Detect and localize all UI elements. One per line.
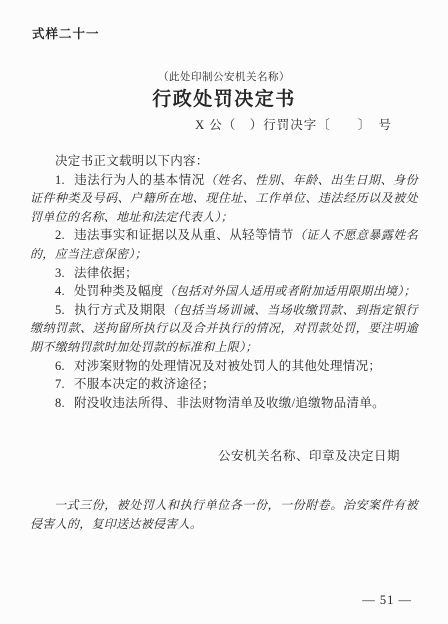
item-4-text: 处罚种类及幅度 bbox=[74, 284, 164, 298]
item-5-text: 执行方式及期限 bbox=[74, 303, 166, 317]
item-4: 4.处罚种类及幅度（包括对外国人适用或者附加适用限期出境）； bbox=[30, 282, 418, 301]
agency-name-placeholder: （此处印制公安机关名称） bbox=[0, 70, 448, 85]
form-style-label: 式样二十一 bbox=[32, 26, 448, 42]
item-2-text: 违法事实和证据以及从重、从轻等情节 bbox=[74, 228, 294, 242]
document-number-line: X 公（ ）行罚决字〔 〕 号 bbox=[0, 117, 448, 133]
item-1-number: 1. bbox=[55, 173, 65, 187]
item-3: 3.法律依据； bbox=[30, 264, 418, 283]
intro-line: 决定书正文载明以下内容： bbox=[30, 152, 418, 171]
item-6: 6.对涉案财物的处理情况及对被处罚人的其他处理情况； bbox=[30, 357, 418, 376]
document-page: 式样二十一 （此处印制公安机关名称） 行政处罚决定书 X 公（ ）行罚决字〔 〕… bbox=[0, 0, 448, 624]
item-2-number: 2. bbox=[55, 228, 65, 242]
item-5-number: 5. bbox=[55, 303, 65, 317]
item-8-number: 8. bbox=[55, 396, 65, 410]
item-1-text: 违法行为人的基本情况 bbox=[74, 173, 205, 187]
item-4-note: （包括对外国人适用或者附加适用限期出境）； bbox=[164, 284, 416, 298]
item-2: 2.违法事实和证据以及从重、从轻等情节（证人不愿意暴露姓名的，应当注意保密）； bbox=[30, 226, 418, 263]
item-3-text: 法律依据； bbox=[74, 266, 138, 280]
item-1: 1.违法行为人的基本情况（姓名、性别、年龄、出生日期、身份证件种类及号码、户籍所… bbox=[30, 171, 418, 227]
item-8: 8.附没收违法所得、非法财物清单及收缴/追缴物品清单。 bbox=[30, 394, 418, 413]
item-8-text: 附没收违法所得、非法财物清单及收缴/追缴物品清单。 bbox=[74, 396, 385, 410]
item-4-number: 4. bbox=[55, 284, 65, 298]
document-title: 行政处罚决定书 bbox=[0, 87, 448, 112]
item-7: 7.不服本决定的救济途径； bbox=[30, 375, 418, 394]
distribution-note: 一式三份，被处罚人和执行单位各一份，一份附卷。治安案件有被侵害人的，复印送达被侵… bbox=[30, 496, 418, 533]
item-7-text: 不服本决定的救济途径； bbox=[74, 377, 215, 391]
item-3-number: 3. bbox=[55, 266, 65, 280]
page-number: — 51 — bbox=[362, 593, 412, 608]
document-body: 决定书正文载明以下内容： 1.违法行为人的基本情况（姓名、性别、年龄、出生日期、… bbox=[30, 152, 418, 412]
signature-seal-date-line: 公安机关名称、印章及决定日期 bbox=[0, 448, 448, 465]
item-6-text: 对涉案财物的处理情况及对被处罚人的其他处理情况； bbox=[74, 359, 381, 373]
item-6-number: 6. bbox=[55, 359, 65, 373]
item-7-number: 7. bbox=[55, 377, 65, 391]
item-5: 5.执行方式及期限（包括当场训诫、当场收缴罚款、到指定银行缴纳罚款、送拘留所执行… bbox=[30, 301, 418, 357]
